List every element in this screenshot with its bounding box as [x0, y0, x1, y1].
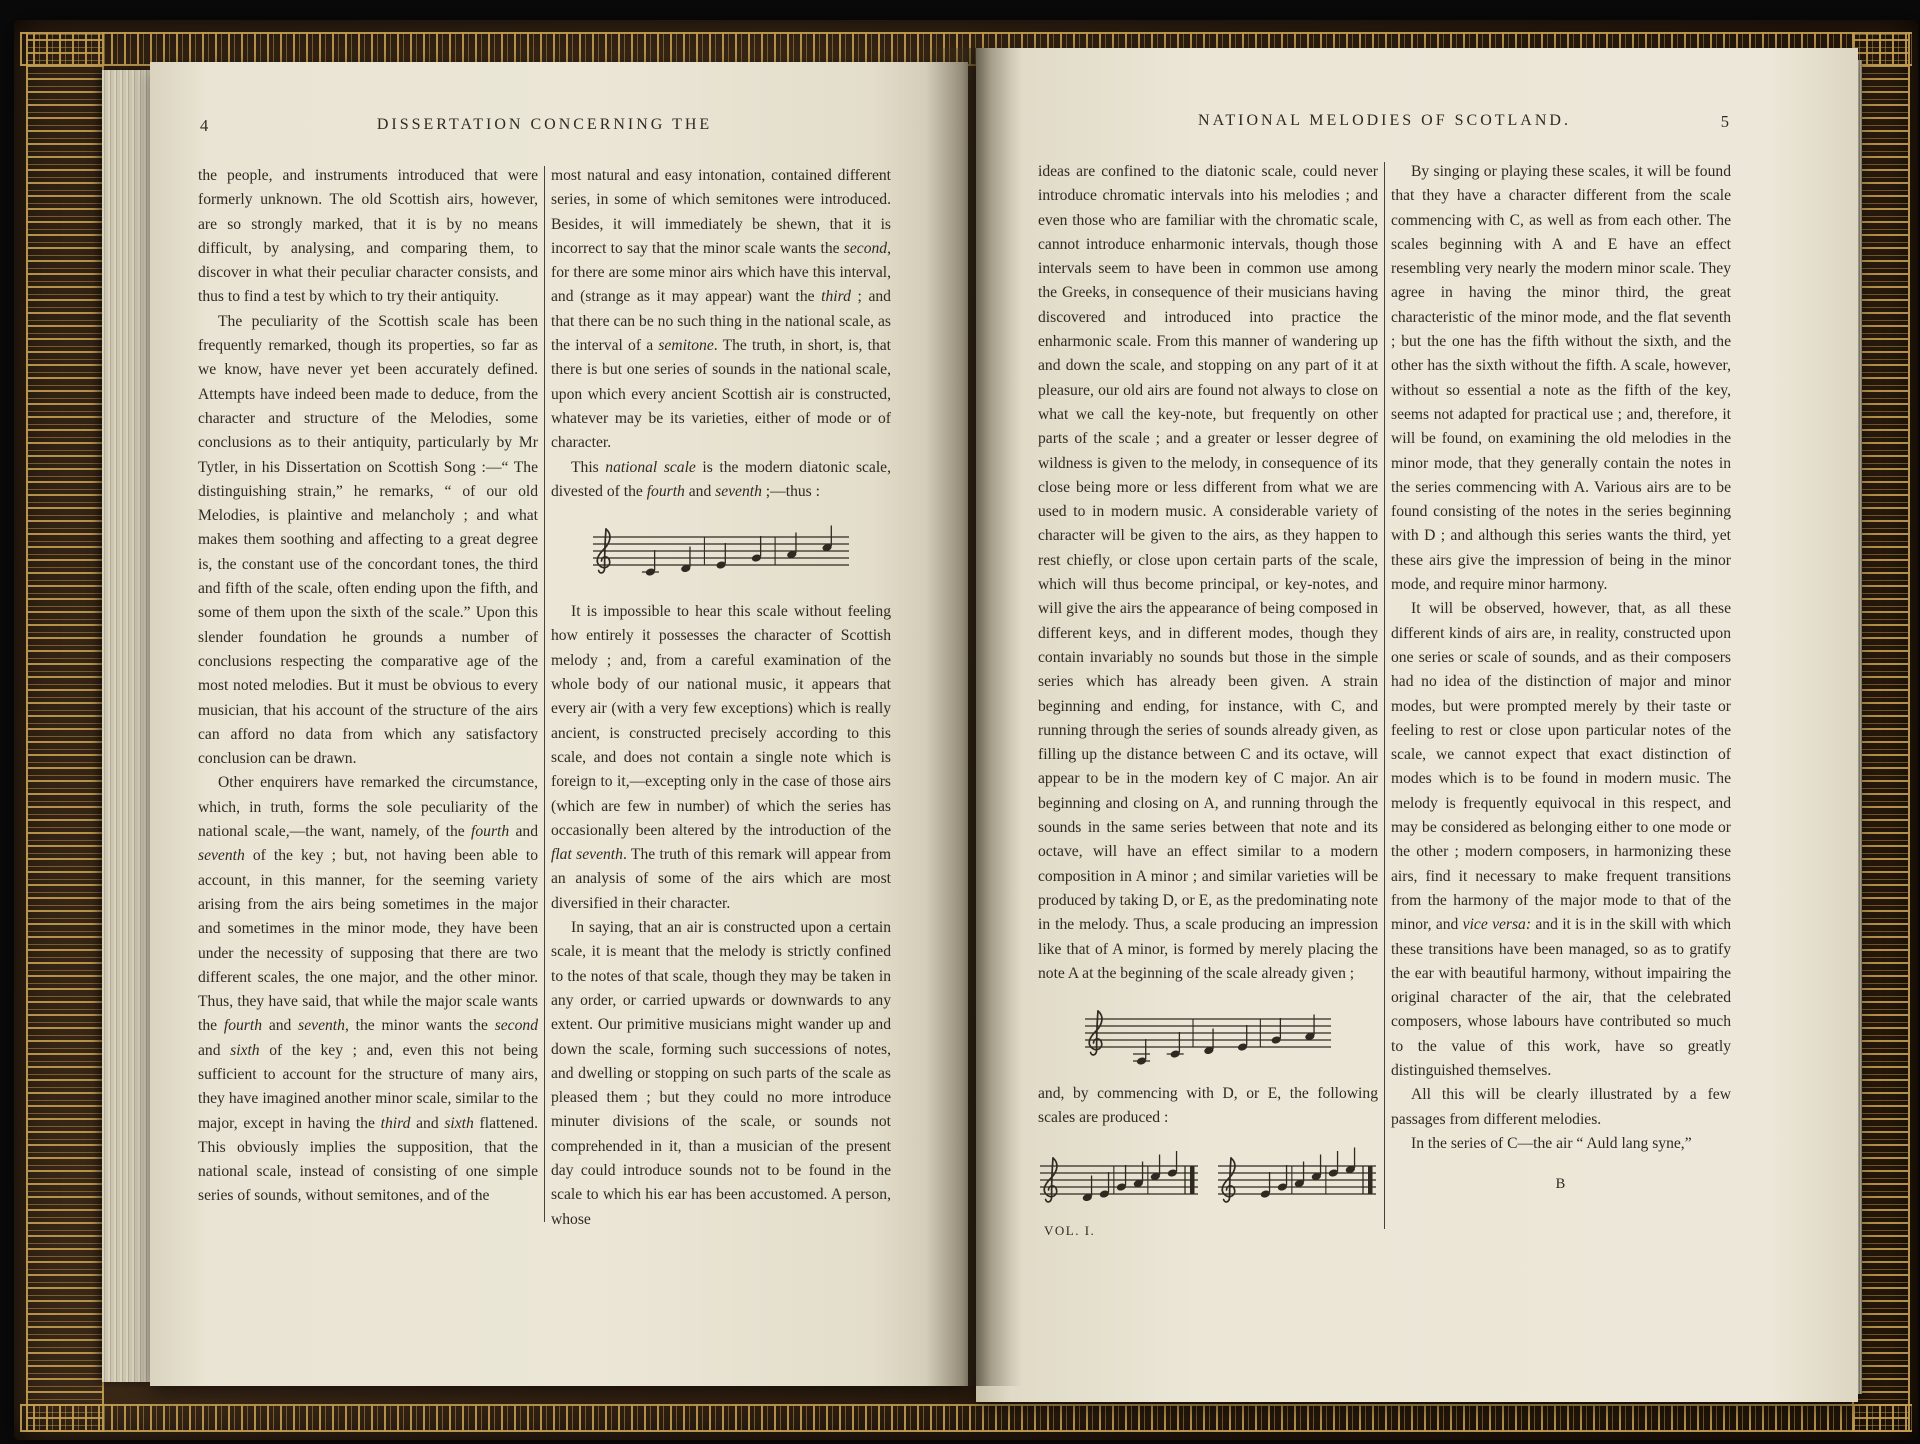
volume-label: VOL. I.: [1044, 1223, 1378, 1239]
gilt-border-left: [26, 32, 104, 1432]
right-page: NATIONAL MELODIES OF SCOTLAND. 5 ideas a…: [976, 48, 1858, 1402]
paragraph: All this will be clearly illustrated by …: [1391, 1083, 1731, 1132]
scale-commencing-with-A-staff: [1083, 999, 1333, 1073]
paragraph: The peculiarity of the Scottish scale ha…: [198, 310, 538, 772]
paragraph: In saying, that an air is constructed up…: [551, 916, 891, 1232]
double-bar: [1190, 1166, 1195, 1194]
paragraph: By singing or playing these scales, it w…: [1391, 160, 1731, 597]
paragraph: It is impossible to hear this scale with…: [551, 600, 891, 916]
gilt-border-bottom: [20, 1404, 1912, 1432]
national-scale-of-C-staff: [591, 517, 851, 591]
treble-clef-icon: [597, 529, 610, 568]
paragraph: and, by commencing with D, or E, the fol…: [1038, 1082, 1378, 1131]
scale-commencing-with-E-staff: [1216, 1146, 1378, 1220]
right-page-header: NATIONAL MELODIES OF SCOTLAND. 5: [1038, 112, 1731, 136]
signature-mark: B: [1391, 1176, 1731, 1193]
paragraph: the people, and instruments introduced t…: [198, 164, 538, 310]
left-column-1: the people, and instruments introduced t…: [198, 164, 538, 1232]
left-column-2: most natural and easy intonation, contai…: [551, 164, 891, 1232]
music-figure-row: [1038, 1146, 1378, 1220]
left-running-title: DISSERTATION CONCERNING THE: [198, 116, 891, 134]
double-bar: [1368, 1166, 1373, 1194]
paragraph: It will be observed, however, that, as a…: [1391, 597, 1731, 1083]
paragraph: ideas are confined to the diatonic scale…: [1038, 160, 1378, 986]
right-page-number: 5: [1721, 112, 1729, 132]
treble-clef-icon: [1222, 1158, 1235, 1197]
paragraph: This national scale is the modern diaton…: [551, 456, 891, 505]
left-page-header: 4 DISSERTATION CONCERNING THE: [198, 116, 891, 140]
page-edges-left: [102, 70, 150, 1382]
paragraph: In the series of C—the air “ Auld lang s…: [1391, 1132, 1731, 1156]
right-page-columns: ideas are confined to the diatonic scale…: [1038, 160, 1731, 1239]
treble-clef-icon: [1089, 1011, 1102, 1050]
right-running-title: NATIONAL MELODIES OF SCOTLAND.: [1038, 112, 1731, 130]
right-column-2: By singing or playing these scales, it w…: [1391, 160, 1731, 1239]
column-divider-rule: [1384, 162, 1385, 1229]
paragraph: Other enquirers have remarked the circum…: [198, 771, 538, 1208]
left-page-number: 4: [200, 116, 208, 136]
right-column-1: ideas are confined to the diatonic scale…: [1038, 160, 1378, 1239]
treble-clef-icon: [1044, 1158, 1057, 1197]
left-page: 4 DISSERTATION CONCERNING THE the people…: [150, 62, 968, 1386]
photograph-of-open-book: 4 DISSERTATION CONCERNING THE the people…: [0, 0, 1920, 1444]
music-figure: [551, 517, 891, 591]
scale-commencing-with-D-staff: [1038, 1146, 1200, 1220]
column-divider-rule: [544, 166, 545, 1222]
left-page-columns: the people, and instruments introduced t…: [198, 164, 891, 1232]
paragraph: most natural and easy intonation, contai…: [551, 164, 891, 456]
music-figure: [1038, 999, 1378, 1073]
